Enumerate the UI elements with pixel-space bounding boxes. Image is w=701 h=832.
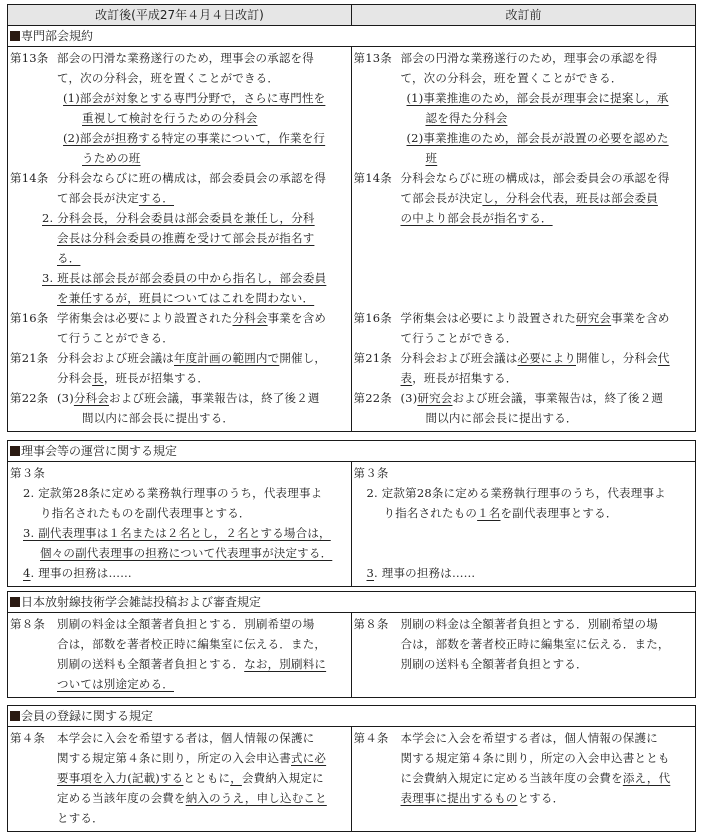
- article-22: 第22条(3)分科会および班会議，事業報告は，終了後２週: [10, 388, 349, 408]
- comparison-table-senmon-bukai: 改訂後(平成27年４月４日改訂) 改訂前 専門部会規約 第13条部会の円滑な業務…: [7, 4, 696, 432]
- text-line: 関する規定第４条に則り，所定の入会申込書式に必: [10, 748, 349, 768]
- text-line: 合は，部数を著者校正時に編集室に伝える．また，: [10, 634, 349, 654]
- text-line: て，次の分科会，班を置くことができる．: [10, 68, 349, 88]
- text-line: (2)事業推進のため，部会長が設置の必要を認めた: [354, 128, 694, 148]
- text-line: [354, 248, 694, 268]
- text-line: [354, 268, 694, 288]
- text-line: る．: [10, 248, 349, 268]
- text-line: 別刷の送料も全額著者負担とする．なお，別刷料に: [10, 654, 349, 674]
- text-line: り指名されたものを副代表理事とする．: [10, 503, 349, 523]
- text-line: [354, 808, 694, 828]
- square-bullet-icon: [10, 711, 20, 721]
- article-14: 第14条分科会ならびに班の構成は，部会委員会の承認を得: [10, 168, 349, 188]
- column-after: 第13条部会の円滑な業務遂行のため，理事会の承認を得 て，次の分科会，班を置くこ…: [8, 47, 352, 431]
- text-line: 2. 定款第28条に定める業務執行理事のうち，代表理事よ: [354, 483, 694, 503]
- text-line: [354, 543, 694, 563]
- text-line: 2. 定款第28条に定める業務執行理事のうち，代表理事よ: [10, 483, 349, 503]
- text-line: 3. 副代表理事は１名または２名とし，２名とする場合は，: [10, 523, 349, 543]
- text-line: ついては別途定める．: [10, 674, 349, 694]
- text-line: [354, 674, 694, 694]
- column-before: 第３条 2. 定款第28条に定める業務執行理事のうち，代表理事よ り指名されたも…: [352, 462, 696, 586]
- text-line: うための班: [10, 148, 349, 168]
- text-line: て行うことができる．: [10, 328, 349, 348]
- text-line: 分科会長，班長が招集する．: [10, 368, 349, 388]
- square-bullet-icon: [10, 31, 20, 41]
- header-after: 改訂後(平成27年４月４日改訂): [8, 5, 352, 25]
- text-line: 間以内に部会長に提出する．: [10, 408, 349, 428]
- column-before: 第13条部会の円滑な業務遂行のため，理事会の承認を得 て，次の分科会，班を置くこ…: [352, 47, 696, 431]
- text-line: て行うことができる．: [354, 328, 694, 348]
- text-line: に会費納入規定に定める当該年度の会費を添え，代: [354, 768, 694, 788]
- text-line: 3. 理事の担務は……: [354, 563, 694, 583]
- article-21: 第21条分科会および班会議は必要により開催し，分科会代: [354, 348, 694, 368]
- text-line: 第８条別刷の料金は全額著者負担とする．別刷希望の場: [10, 614, 349, 634]
- text-line: 第４条本学会に入会を希望する者は，個人情報の保護に: [354, 728, 694, 748]
- text-line: の中より部会長が指名する．: [354, 208, 694, 228]
- text-line: 第３条: [10, 463, 349, 483]
- article-13: 第13条部会の円滑な業務遂行のため，理事会の承認を得: [10, 48, 349, 68]
- article-13: 第13条部会の円滑な業務遂行のため，理事会の承認を得: [354, 48, 694, 68]
- section-title: 会員の登録に関する規定: [8, 706, 695, 727]
- article-16: 第16条学術集会は必要により設置された研究会事業を含め: [354, 308, 694, 328]
- text-line: 第３条: [354, 463, 694, 483]
- text-line: り指名されたもの１名を副代表理事とする．: [354, 503, 694, 523]
- comparison-table-kaiin-toroku: 会員の登録に関する規定 第４条本学会に入会を希望する者は，個人情報の保護に 関す…: [7, 705, 696, 832]
- text-line: 会長は分科会委員の推薦を受けて部会長が指名す: [10, 228, 349, 248]
- column-after: 第８条別刷の料金は全額著者負担とする．別刷希望の場 合は，部数を著者校正時に編集…: [8, 613, 352, 697]
- article-14: 第14条分科会ならびに班の構成は，部会委員会の承認を得: [354, 168, 694, 188]
- text-line: て，次の分科会，班を置くことができる．: [354, 68, 694, 88]
- column-after: 第４条本学会に入会を希望する者は，個人情報の保護に 関する規定第４条に則り，所定…: [8, 727, 352, 831]
- text-line: (1)部会が対象とする専門分野で，さらに専門性を: [10, 88, 349, 108]
- text-line: 3. 班長は部会長が部会委員の中から指名し，部会委員: [10, 268, 349, 288]
- text-line: 重視して検討を行うための分科会: [10, 108, 349, 128]
- column-before: 第８条別刷の料金は全額著者負担とする．別刷希望の場 合は，部数を著者校正時に編集…: [352, 613, 696, 697]
- text-line: 間以内に部会長に提出する．: [354, 408, 694, 428]
- text-line: 第４条本学会に入会を希望する者は，個人情報の保護に: [10, 728, 349, 748]
- text-line: 表理事に提出するものとする．: [354, 788, 694, 808]
- text-line: を兼任するが，班員についてはこれを問わない．: [10, 288, 349, 308]
- text-line: [354, 523, 694, 543]
- text-line: 第８条別刷の料金は全額著者負担とする．別刷希望の場: [354, 614, 694, 634]
- text-line: 2. 分科会長，分科会委員は部会委員を兼任し，分科: [10, 208, 349, 228]
- comparison-table-toko-shinsa: 日本放射線技術学会雑誌投稿および審査規定 第８条別刷の料金は全額著者負担とする．…: [7, 591, 696, 698]
- text-line: 要事項を入力(記載)するとともに，会費納入規定に: [10, 768, 349, 788]
- column-before: 第４条本学会に入会を希望する者は，個人情報の保護に 関する規定第４条に則り，所定…: [352, 727, 696, 831]
- text-line: 4. 理事の担務は……: [10, 563, 349, 583]
- text-line: 定める当該年度の会費を納入のうえ，申し込むこと: [10, 788, 349, 808]
- section-title: 専門部会規約: [8, 26, 695, 47]
- text-line: 別刷の送料も全額著者負担とする．: [354, 654, 694, 674]
- text-line: (1)事業推進のため，部会長が理事会に提案し，承: [354, 88, 694, 108]
- section-title: 理事会等の運営に関する規定: [8, 441, 695, 462]
- text-line: て部会長が決定し，分科会代表，班長は部会委員: [354, 188, 694, 208]
- table-header: 改訂後(平成27年４月４日改訂) 改訂前: [8, 5, 695, 26]
- text-line: 班: [354, 148, 694, 168]
- text-line: 個々の副代表理事の担務について代表理事が決定する．: [10, 543, 349, 563]
- column-after: 第３条 2. 定款第28条に定める業務執行理事のうち，代表理事よ り指名されたも…: [8, 462, 352, 586]
- text-line: [354, 228, 694, 248]
- header-before: 改訂前: [352, 5, 695, 25]
- text-line: 合は，部数を著者校正時に編集室に伝える．また，: [354, 634, 694, 654]
- text-line: [354, 288, 694, 308]
- square-bullet-icon: [10, 446, 20, 456]
- article-16: 第16条学術集会は必要により設置された分科会事業を含め: [10, 308, 349, 328]
- square-bullet-icon: [10, 597, 20, 607]
- text-line: て部会長が決定する．: [10, 188, 349, 208]
- text-line: 関する規定第４条に則り，所定の入会申込書ととも: [354, 748, 694, 768]
- comparison-table-rijikai: 理事会等の運営に関する規定 第３条 2. 定款第28条に定める業務執行理事のうち…: [7, 440, 696, 587]
- text-line: 認を得た分科会: [354, 108, 694, 128]
- text-line: (2)部会が担務する特定の事業について，作業を行: [10, 128, 349, 148]
- text-line: 表，班長が招集する．: [354, 368, 694, 388]
- section-title: 日本放射線技術学会雑誌投稿および審査規定: [8, 592, 695, 613]
- text-line: とする．: [10, 808, 349, 828]
- article-21: 第21条分科会および班会議は年度計画の範囲内で開催し，: [10, 348, 349, 368]
- article-22: 第22条(3)研究会および班会議，事業報告は，終了後２週: [354, 388, 694, 408]
